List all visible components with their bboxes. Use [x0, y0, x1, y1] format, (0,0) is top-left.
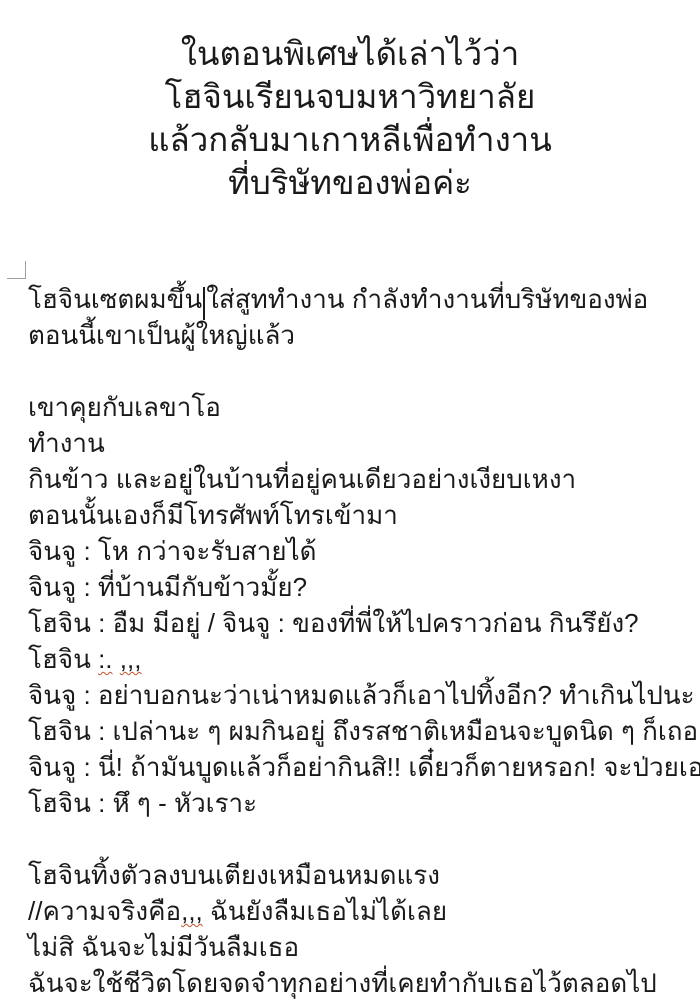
blank-line[interactable]	[28, 821, 694, 857]
misspelled-text-segment: :.	[98, 644, 112, 674]
text-line[interactable]: //ความจริงคือ,,, ฉันยังลืมเธอไม่ได้เลย	[28, 893, 694, 929]
text-cursor	[203, 287, 205, 320]
text-line[interactable]: ตอนนั้นเองก็มีโทรศัพท์โทรเข้ามา	[28, 497, 694, 533]
intro-paragraph: ในตอนพิเศษได้เล่าไว้ว่าโฮจินเรียนจบมหาวิ…	[0, 32, 700, 204]
text-segment: โฮจิน : หึ ๆ - หัวเราะ	[28, 788, 257, 818]
text-segment: โฮจินเรียนจบมหาวิทยาลัย	[165, 78, 536, 115]
document-page[interactable]: ในตอนพิเศษได้เล่าไว้ว่าโฮจินเรียนจบมหาวิ…	[0, 0, 700, 1000]
text-segment: ตอนนี้เขาเป็นผู้ใหญ่แล้ว	[28, 320, 295, 350]
text-line[interactable]: ฉันจะใช้ชีวิตโดยจดจำทุกอย่างที่เคยทำกับเ…	[28, 965, 694, 1000]
text-line[interactable]: โฮจิน :. ,,,	[28, 641, 694, 677]
margin-corner-mark	[7, 261, 26, 279]
text-line[interactable]: โฮจินเซตผมขึ้นใส่สูททำงาน กำลังทำงานที่บ…	[28, 281, 694, 317]
text-line[interactable]: จินจู : โห กว่าจะรับสายได้	[28, 533, 694, 569]
text-segment: จินจู : นี่! ถ้ามันบูดแล้วก็อย่ากินสิ!! …	[28, 752, 700, 782]
text-line: โฮจินเรียนจบมหาวิทยาลัย	[0, 75, 700, 118]
text-line[interactable]: โฮจิน : อืม มีอยู่ / จินจู : ของที่พี่ให…	[28, 605, 694, 641]
text-segment: โฮจินทิ้งตัวลงบนเตียงเหมือนหมดแรง	[28, 860, 440, 890]
text-segment: ฉันจะใช้ชีวิตโดยจดจำทุกอย่างที่เคยทำกับเ…	[28, 968, 657, 998]
text-segment: ฉันยังลืมเธอไม่ได้เลย	[203, 896, 447, 926]
text-segment: โฮจิน : เปล่านะ ๆ ผมกินอยู่ ถึงรสชาติเหม…	[28, 716, 700, 746]
text-line[interactable]: โฮจิน : หึ ๆ - หัวเราะ	[28, 785, 694, 821]
text-segment: แล้วกลับมาเกาหลีเพื่อทำงาน	[148, 121, 552, 158]
blank-line[interactable]	[28, 353, 694, 389]
text-line[interactable]: จินจู : ที่บ้านมีกับข้าวมั้ย?	[28, 569, 694, 605]
text-segment	[113, 644, 120, 674]
text-line[interactable]: ไม่สิ ฉันจะไม่มีวันลืมเธอ	[28, 929, 694, 965]
text-line[interactable]: จินจู : นี่! ถ้ามันบูดแล้วก็อย่ากินสิ!! …	[28, 749, 694, 785]
text-line[interactable]: โฮจินทิ้งตัวลงบนเตียงเหมือนหมดแรง	[28, 857, 694, 893]
text-segment: ที่บริษัทของพ่อค่ะ	[228, 164, 472, 201]
misspelled-text-segment: ,,,	[120, 644, 142, 674]
text-segment: จินจู : อย่าบอกนะว่าเน่าหมดแล้วก็เอาไปทิ…	[28, 680, 695, 710]
text-line[interactable]: โฮจิน : เปล่านะ ๆ ผมกินอยู่ ถึงรสชาติเหม…	[28, 713, 694, 749]
text-segment: ในตอนพิเศษได้เล่าไว้ว่า	[181, 35, 519, 72]
text-segment: //ความจริงคือ	[28, 896, 181, 926]
text-segment: จินจู : โห กว่าจะรับสายได้	[28, 536, 317, 566]
text-segment: ไม่สิ ฉันจะไม่มีวันลืมเธอ	[28, 932, 299, 962]
document-text[interactable]: โฮจินเซตผมขึ้นใส่สูททำงาน กำลังทำงานที่บ…	[28, 281, 694, 1000]
text-segment: จินจู : ที่บ้านมีกับข้าวมั้ย?	[28, 572, 307, 602]
text-segment: โฮจินเซตผมขึ้น	[28, 284, 202, 314]
text-line[interactable]: ตอนนี้เขาเป็นผู้ใหญ่แล้ว	[28, 317, 694, 353]
text-segment: ใส่สูททำงาน กำลังทำงานที่บริษัทของพ่อ	[206, 284, 648, 314]
text-line[interactable]: จินจู : อย่าบอกนะว่าเน่าหมดแล้วก็เอาไปทิ…	[28, 677, 694, 713]
text-line[interactable]: ทำงาน	[28, 425, 694, 461]
text-line[interactable]: กินข้าว และอยู่ในบ้านที่อยู่คนเดียวอย่าง…	[28, 461, 694, 497]
text-line: ที่บริษัทของพ่อค่ะ	[0, 161, 700, 204]
text-segment: ทำงาน	[28, 428, 105, 458]
text-segment: กินข้าว และอยู่ในบ้านที่อยู่คนเดียวอย่าง…	[28, 464, 576, 494]
text-segment: เขาคุยกับเลขาโอ	[28, 392, 221, 422]
text-line: ในตอนพิเศษได้เล่าไว้ว่า	[0, 32, 700, 75]
misspelled-text-segment: ,,,	[181, 896, 203, 926]
text-line[interactable]: เขาคุยกับเลขาโอ	[28, 389, 694, 425]
text-segment: โฮจิน : อืม มีอยู่ / จินจู : ของที่พี่ให…	[28, 608, 639, 638]
text-line: แล้วกลับมาเกาหลีเพื่อทำงาน	[0, 118, 700, 161]
text-segment: ตอนนั้นเองก็มีโทรศัพท์โทรเข้ามา	[28, 500, 398, 530]
text-segment: โฮจิน	[28, 644, 98, 674]
